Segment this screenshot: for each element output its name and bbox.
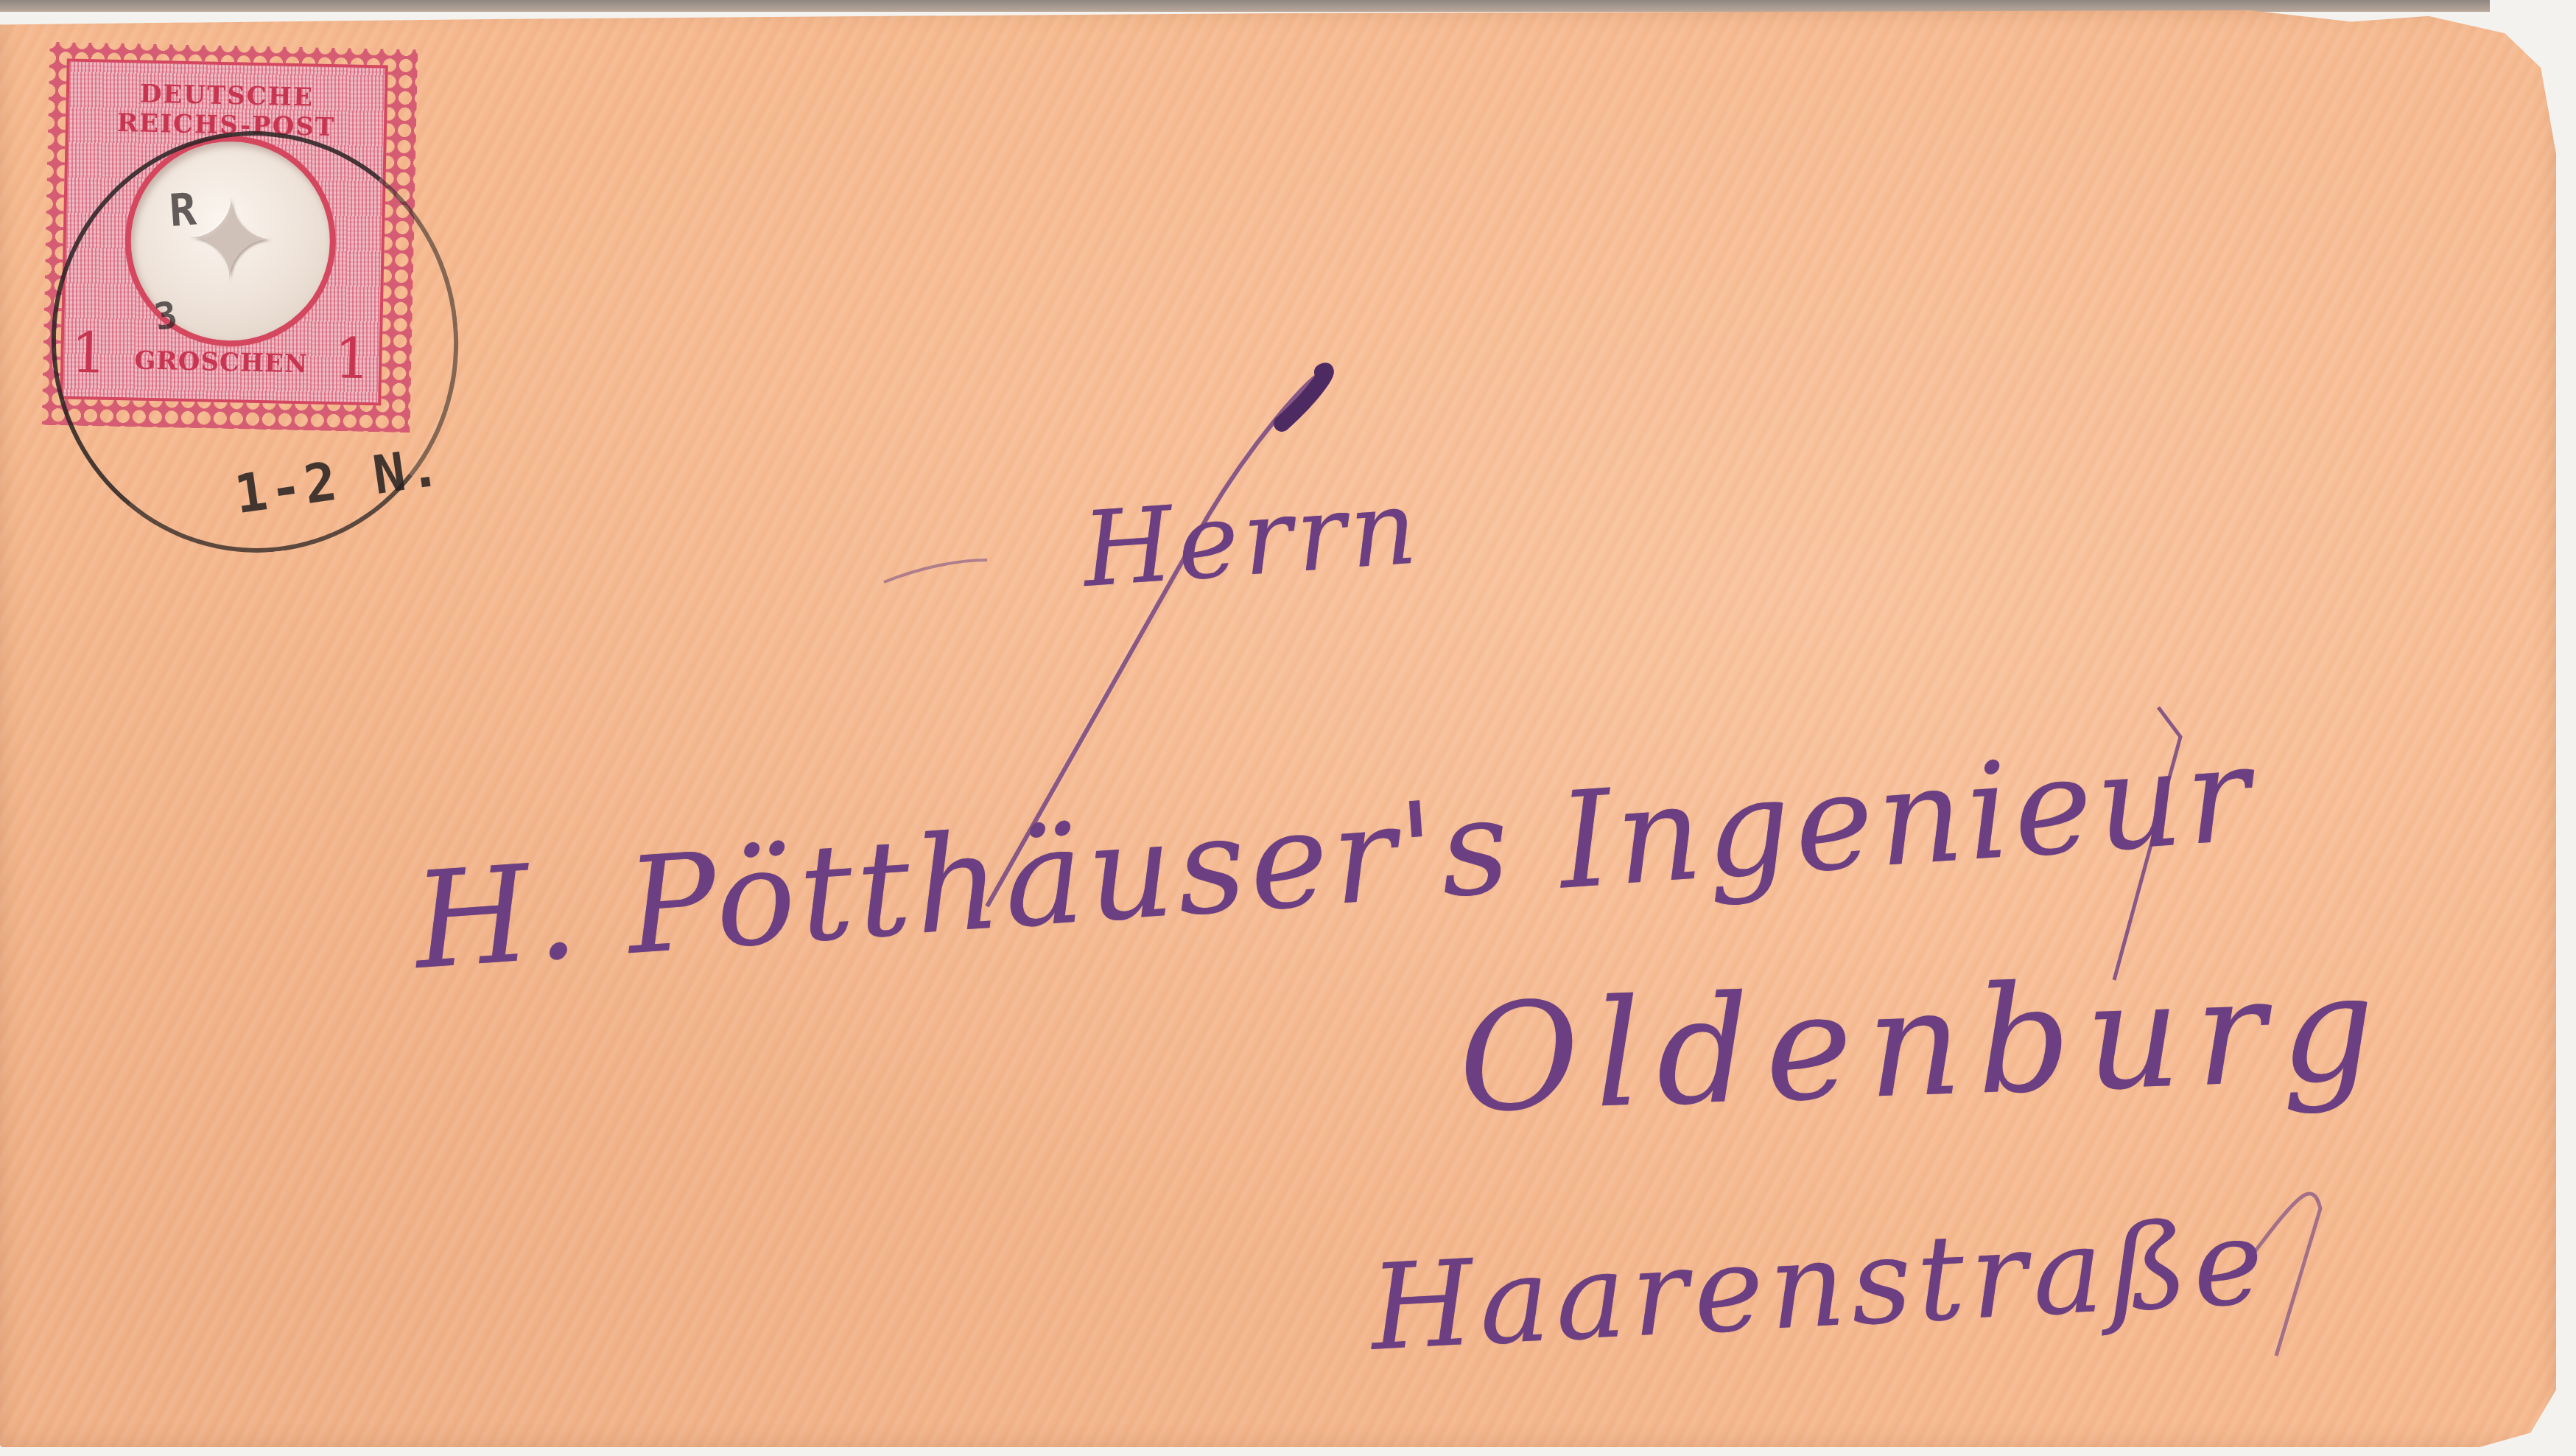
- stamp-issuer-text: DEUTSCHE REICHS-POST: [69, 78, 385, 144]
- stamp-currency-text: GROSCHEN: [63, 344, 379, 380]
- envelope-scan: DEUTSCHE REICHS-POST ✦ 1 1 GROSCHEN R 3 …: [0, 0, 2576, 1456]
- envelope-top-edge: [0, 0, 2490, 12]
- postage-stamp: DEUTSCHE REICHS-POST ✦ 1 1 GROSCHEN: [60, 58, 388, 405]
- address-salutation: Herrn: [1079, 467, 1425, 611]
- postmark-town: R: [168, 183, 211, 237]
- address-city: Oldenburg: [1456, 942, 2392, 1146]
